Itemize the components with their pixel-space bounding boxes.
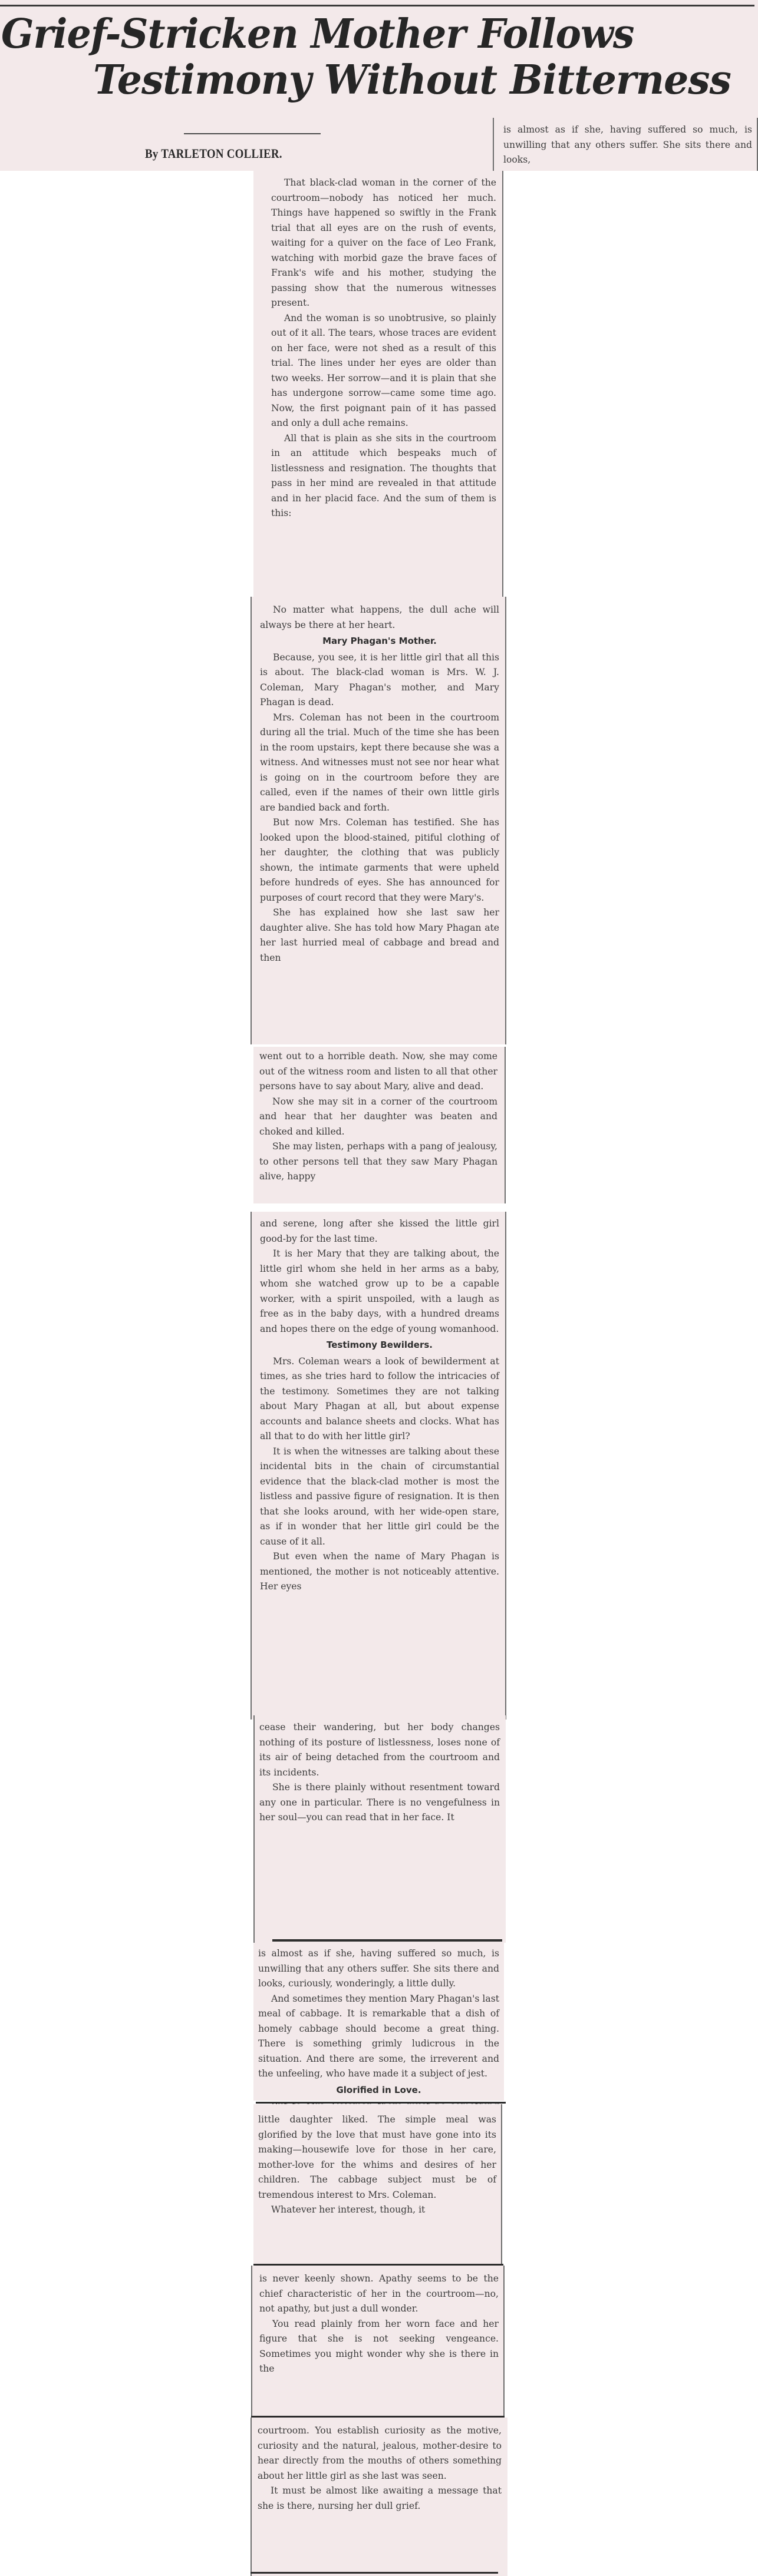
headline-line-1: Grief-Stricken Mother Follows — [1, 11, 634, 58]
article-segment: is almost as if she, having suffered so … — [253, 1943, 504, 2101]
paragraph: little daughter liked. The simple meal w… — [258, 2112, 496, 2203]
paragraph: went out to a horrible death. Now, she m… — [259, 1049, 497, 1094]
byline: By TARLETON COLLIER. — [145, 146, 282, 161]
paragraph: But even when the name of Mary Phagan is… — [260, 1549, 499, 1595]
article-segment: No matter what happens, the dull ache wi… — [251, 597, 506, 1044]
paragraph: cease their wandering, but her body chan… — [259, 1720, 500, 1780]
article-segment: cease their wandering, but her body chan… — [253, 1715, 506, 1943]
paragraph: No matter what happens, the dull ache wi… — [260, 603, 499, 633]
paragraph: and serene, long after she kissed the li… — [260, 1216, 499, 1246]
paragraph: is almost as if she, having suffered so … — [258, 1946, 499, 1992]
article-segment: went out to a horrible death. Now, she m… — [253, 1047, 506, 1203]
column-rule — [256, 2102, 506, 2104]
paragraph: courtroom. You establish curiosity as th… — [258, 2423, 502, 2484]
paragraph: All that is plain as she sits in the cou… — [271, 431, 496, 521]
paragraph: You read plainly from her worn face and … — [259, 2317, 499, 2377]
section-subhead: Mary Phagan's Mother. — [260, 634, 499, 649]
paragraph: She may listen, perhaps with a pang of j… — [259, 1139, 497, 1185]
paragraph: Whatever her interest, though, it — [258, 2203, 496, 2218]
article-segment: little daughter liked. The simple meal w… — [253, 2104, 502, 2264]
paragraph: Mrs. Coleman has not been in the courtro… — [260, 710, 499, 816]
paragraph: She has explained how she last saw her d… — [260, 905, 499, 965]
paragraph: That black-clad woman in the corner of t… — [271, 176, 496, 311]
paragraph: She is there plainly without resentment … — [259, 1780, 500, 1826]
paragraph: But now Mrs. Coleman has testified. She … — [260, 815, 499, 905]
section-subhead: Glorified in Love. — [258, 2083, 499, 2098]
paragraph: Mrs. Coleman wears a look of bewildermen… — [260, 1354, 499, 1444]
top-rule — [0, 5, 754, 6]
side-column-snippet: is almost as if she, having suffered so … — [493, 118, 758, 171]
section-subhead: Testimony Bewilders. — [260, 1338, 499, 1353]
paragraph: Because, you see, it is her little girl … — [260, 650, 499, 710]
column-rule — [251, 2572, 498, 2574]
headline-line-2: Testimony Without Bitterness — [93, 57, 731, 104]
article-segment: courtroom. You establish curiosity as th… — [251, 2418, 507, 2576]
paragraph: is almost as if she, having suffered so … — [503, 123, 752, 168]
byline-divider — [184, 133, 321, 134]
paragraph: is never keenly shown. Apathy seems to b… — [259, 2271, 499, 2317]
paragraph: And sometimes they mention Mary Phagan's… — [258, 1992, 499, 2082]
article-segment: That black-clad woman in the corner of t… — [253, 171, 503, 598]
paragraph: It is her Mary that they are talking abo… — [260, 1246, 499, 1337]
article-segment: and serene, long after she kissed the li… — [251, 1212, 506, 1719]
paragraph: It must be almost like awaiting a messag… — [258, 2484, 502, 2514]
paragraph: And the woman is so unobtrusive, so plai… — [271, 311, 496, 431]
paragraph: It is when the witnesses are talking abo… — [260, 1444, 499, 1550]
article-segment: is never keenly shown. Apathy seems to b… — [251, 2266, 505, 2416]
paragraph: Now she may sit in a corner of the court… — [259, 1094, 497, 1140]
